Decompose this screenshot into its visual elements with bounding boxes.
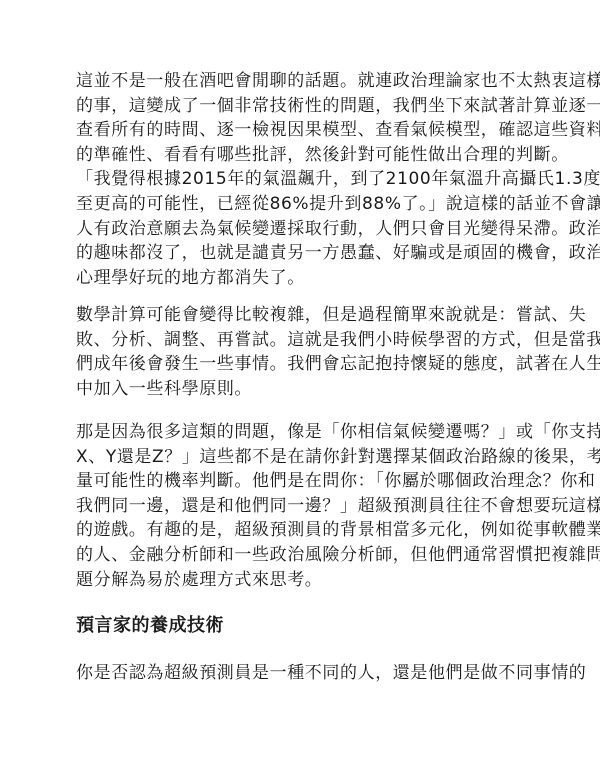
paragraph-line: 那是因為很多這類的問題，像是「你相信氣候變遷嗎？」或「你支持 — [76, 420, 528, 445]
paragraph-line: 你是否認為超級預測員是一種不同的人，還是他們是做不同事情的 — [76, 661, 528, 686]
paragraph-line: 查看所有的時間、逐一檢視因果模型、查看氣候模型，確認這些資料 — [76, 118, 528, 143]
paragraph-line: 數學計算可能會變得比較複雜，但是過程簡單來說就是：嘗試、失 — [76, 303, 528, 328]
paragraph-line: 的準確性、看看有哪些批評，然後針對可能性做出合理的判斷。 — [76, 143, 528, 168]
section-heading: 預言家的養成技術 — [76, 614, 224, 638]
paragraph-4: 你是否認為超級預測員是一種不同的人，還是他們是做不同事情的 — [76, 661, 528, 686]
paragraph-line: 的趣味都沒了，也就是譴責另一方愚蠢、好騙或是頑固的機會，政治 — [76, 241, 528, 266]
paragraph-1: 這並不是一般在酒吧會閒聊的話題。就連政治理論家也不太熱衷這樣 的事，這變成了一個… — [76, 69, 528, 290]
paragraph-2: 數學計算可能會變得比較複雜，但是過程簡單來說就是：嘗試、失 敗、分析、調整、再嘗… — [76, 303, 528, 401]
paragraph-line: X、Y還是Z？」這些都不是在請你針對選擇某個政治路線的後果，考 — [76, 445, 528, 470]
paragraph-line: 們成年後會發生一些事情。我們會忘記抱持懷疑的態度，試著在人生 — [76, 352, 528, 377]
paragraph-line: 中加入一些科學原則。 — [76, 377, 528, 402]
paragraph-line: 這並不是一般在酒吧會閒聊的話題。就連政治理論家也不太熱衷這樣 — [76, 69, 528, 94]
paragraph-line: 的人、金融分析師和一些政治風險分析師，但他們通常習慣把複雜問 — [76, 543, 528, 568]
paragraph-line: 題分解為易於處理方式來思考。 — [76, 568, 528, 593]
paragraph-line: 人有政治意願去為氣候變遷採取行動，人們只會目光變得呆滯。政治 — [76, 217, 528, 242]
paragraph-line: 我們同一邊，還是和他們同一邊？」超級預測員往往不會想要玩這樣 — [76, 494, 528, 519]
paragraph-line: 的事，這變成了一個非常技術性的問題，我們坐下來試著計算並逐一 — [76, 94, 528, 119]
paragraph-line: 的遊戲。有趣的是，超級預測員的背景相當多元化，例如從事軟體業 — [76, 518, 528, 543]
paragraph-line: 量可能性的機率判斷。他們是在問你：「你屬於哪個政治理念？你和 — [76, 469, 528, 494]
paragraph-line: 心理學好玩的地方都消失了。 — [76, 266, 528, 291]
paragraph-3: 那是因為很多這類的問題，像是「你相信氣候變遷嗎？」或「你支持 X、Y還是Z？」這… — [76, 420, 528, 592]
paragraph-line: 敗、分析、調整、再嘗試。這就是我們小時候學習的方式，但是當我 — [76, 328, 528, 353]
paragraph-line: 「我覺得根據2015年的氣溫飆升，到了2100年氣溫升高攝氏1.3度或甚 — [76, 167, 528, 192]
paragraph-line: 至更高的可能性，已經從86%提升到88%了。」說這樣的話並不會讓 — [76, 192, 528, 217]
